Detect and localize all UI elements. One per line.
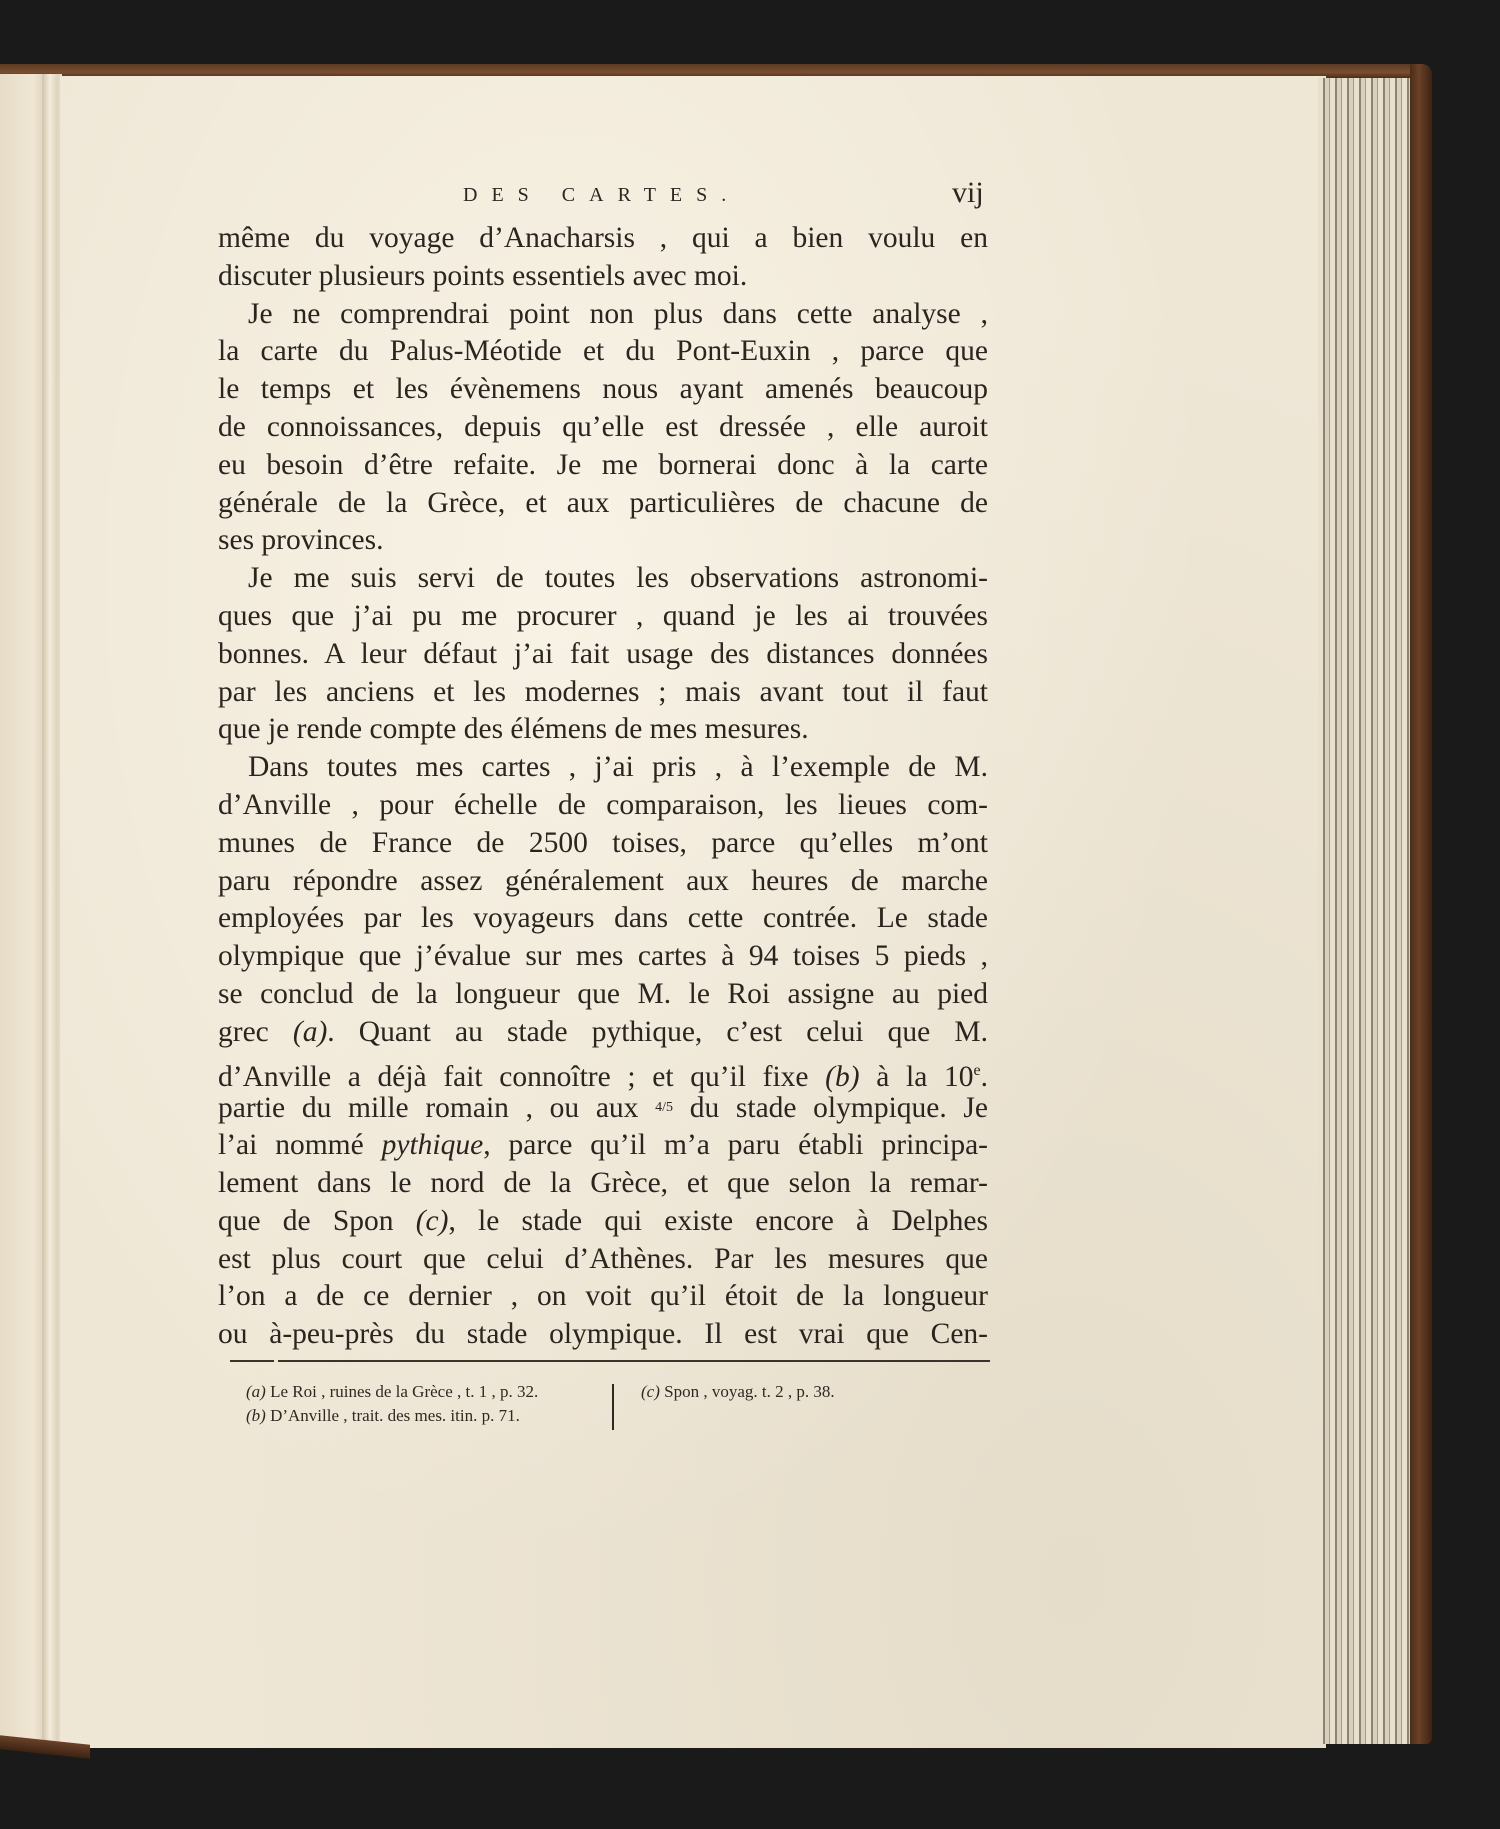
- text-line: d’Anville , pour échelle de comparaison,…: [218, 787, 988, 825]
- page-fore-edge-stack: [1318, 78, 1418, 1744]
- footnote-mark: (b): [246, 1406, 266, 1425]
- footnotes-right-column: (c) Spon , voyag. t. 2 , p. 38.: [641, 1380, 1001, 1404]
- text-line: la carte du Palus-Méotide et du Pont-Eux…: [218, 333, 988, 371]
- footnote-ref-a[interactable]: (a): [293, 1016, 327, 1048]
- text-segment: du stade olympique. Je: [673, 1092, 988, 1124]
- text-line: l’ai nommé pythique, parce qu’il m’a par…: [218, 1127, 988, 1165]
- text-segment: d’Anville a déjà fait connoître ; et qu’…: [218, 1060, 825, 1092]
- text-line: est plus court que celui d’Athènes. Par …: [218, 1241, 988, 1279]
- text-line: ques que j’ai pu me procurer , quand je …: [218, 598, 988, 636]
- text-line: munes de France de 2500 toises, parce qu…: [218, 825, 988, 863]
- footnote-ref-c[interactable]: (c): [416, 1205, 449, 1237]
- text-line: eu besoin d’être refaite. Je me bornerai…: [218, 447, 988, 485]
- text-line: ou à-peu-près du stade olympique. Il est…: [218, 1316, 988, 1354]
- footnote-text: D’Anville , trait. des mes. itin. p. 71.: [266, 1406, 520, 1425]
- footnote-b: (b) D’Anville , trait. des mes. itin. p.…: [246, 1404, 606, 1428]
- text-line: employées par les voyageurs dans cette c…: [218, 900, 988, 938]
- text-line: grec (a). Quant au stade pythique, c’est…: [218, 1014, 988, 1052]
- footnote-ref-b[interactable]: (b): [825, 1060, 859, 1092]
- italic-term: pythique: [382, 1129, 484, 1161]
- footnote-column-divider: [612, 1384, 614, 1430]
- text-line: lement dans le nord de la Grèce, et que …: [218, 1165, 988, 1203]
- text-line: même du voyage d’Anacharsis , qui a bien…: [218, 220, 988, 258]
- text-line: bonnes. A leur défaut j’ai fait usage de…: [218, 636, 988, 674]
- text-segment: .: [981, 1060, 988, 1092]
- footnote-a: (a) Le Roi , ruines de la Grèce , t. 1 ,…: [246, 1380, 606, 1404]
- footnote-mark: (c): [641, 1382, 660, 1401]
- text-segment: à la 10: [860, 1060, 974, 1092]
- text-line: que je rende compte des élémens de mes m…: [218, 711, 988, 749]
- text-line: discuter plusieurs points essentiels ave…: [218, 258, 988, 296]
- text-segment: , parce qu’il m’a paru établi principa-: [483, 1129, 988, 1161]
- text-segment: l’ai nommé: [218, 1129, 382, 1161]
- left-page-edge: [0, 74, 48, 1746]
- text-line: le temps et les évènemens nous ayant ame…: [218, 371, 988, 409]
- book-cover-right-edge: [1410, 64, 1432, 1744]
- text-segment: grec: [218, 1016, 293, 1048]
- superscript: e: [974, 1062, 981, 1079]
- text-line: olympique que j’évalue sur mes cartes à …: [218, 938, 988, 976]
- running-head: DES CARTES. vij: [0, 184, 1500, 214]
- text-line: partie du mille romain , ou aux 4/5 du s…: [218, 1089, 988, 1127]
- footnote-text: Spon , voyag. t. 2 , p. 38.: [660, 1382, 835, 1401]
- text-line: que de Spon (c), le stade qui existe enc…: [218, 1203, 988, 1241]
- text-line: paru répondre assez généralement aux heu…: [218, 863, 988, 901]
- text-line: de connoissances, depuis qu’elle est dre…: [218, 409, 988, 447]
- text-line: Je ne comprendrai point non plus dans ce…: [218, 296, 988, 334]
- text-line: générale de la Grèce, et aux particulièr…: [218, 485, 988, 523]
- text-line: Dans toutes mes cartes , j’ai pris , à l…: [218, 749, 988, 787]
- text-line: l’on a de ce dernier , on voit qu’il éto…: [218, 1278, 988, 1316]
- body-text: même du voyage d’Anacharsis , qui a bien…: [218, 220, 988, 1354]
- text-segment: . Quant au stade pythique, c’est celui q…: [327, 1016, 988, 1048]
- text-line: ses provinces.: [218, 522, 988, 560]
- fraction: 4/5: [655, 1100, 673, 1115]
- footnote-mark: (a): [246, 1382, 266, 1401]
- text-segment: , le stade qui existe encore à Delphes: [448, 1205, 988, 1237]
- text-line: se conclud de la longueur que M. le Roi …: [218, 976, 988, 1014]
- text-line: Je me suis servi de toutes les observati…: [218, 560, 988, 598]
- text-line: d’Anville a déjà fait connoître ; et qu’…: [218, 1052, 988, 1090]
- page-number: vij: [952, 176, 984, 210]
- footnotes-left-column: (a) Le Roi , ruines de la Grèce , t. 1 ,…: [246, 1380, 606, 1428]
- text-segment: que de Spon: [218, 1205, 416, 1237]
- footnote-separator: [230, 1360, 990, 1362]
- footnote-text: Le Roi , ruines de la Grèce , t. 1 , p. …: [266, 1382, 538, 1401]
- book-gutter: [42, 74, 62, 1746]
- text-line: par les anciens et les modernes ; mais a…: [218, 674, 988, 712]
- running-title: DES CARTES.: [463, 184, 740, 207]
- footnote-c: (c) Spon , voyag. t. 2 , p. 38.: [641, 1380, 1001, 1404]
- text-segment: partie du mille romain , ou aux: [218, 1092, 655, 1124]
